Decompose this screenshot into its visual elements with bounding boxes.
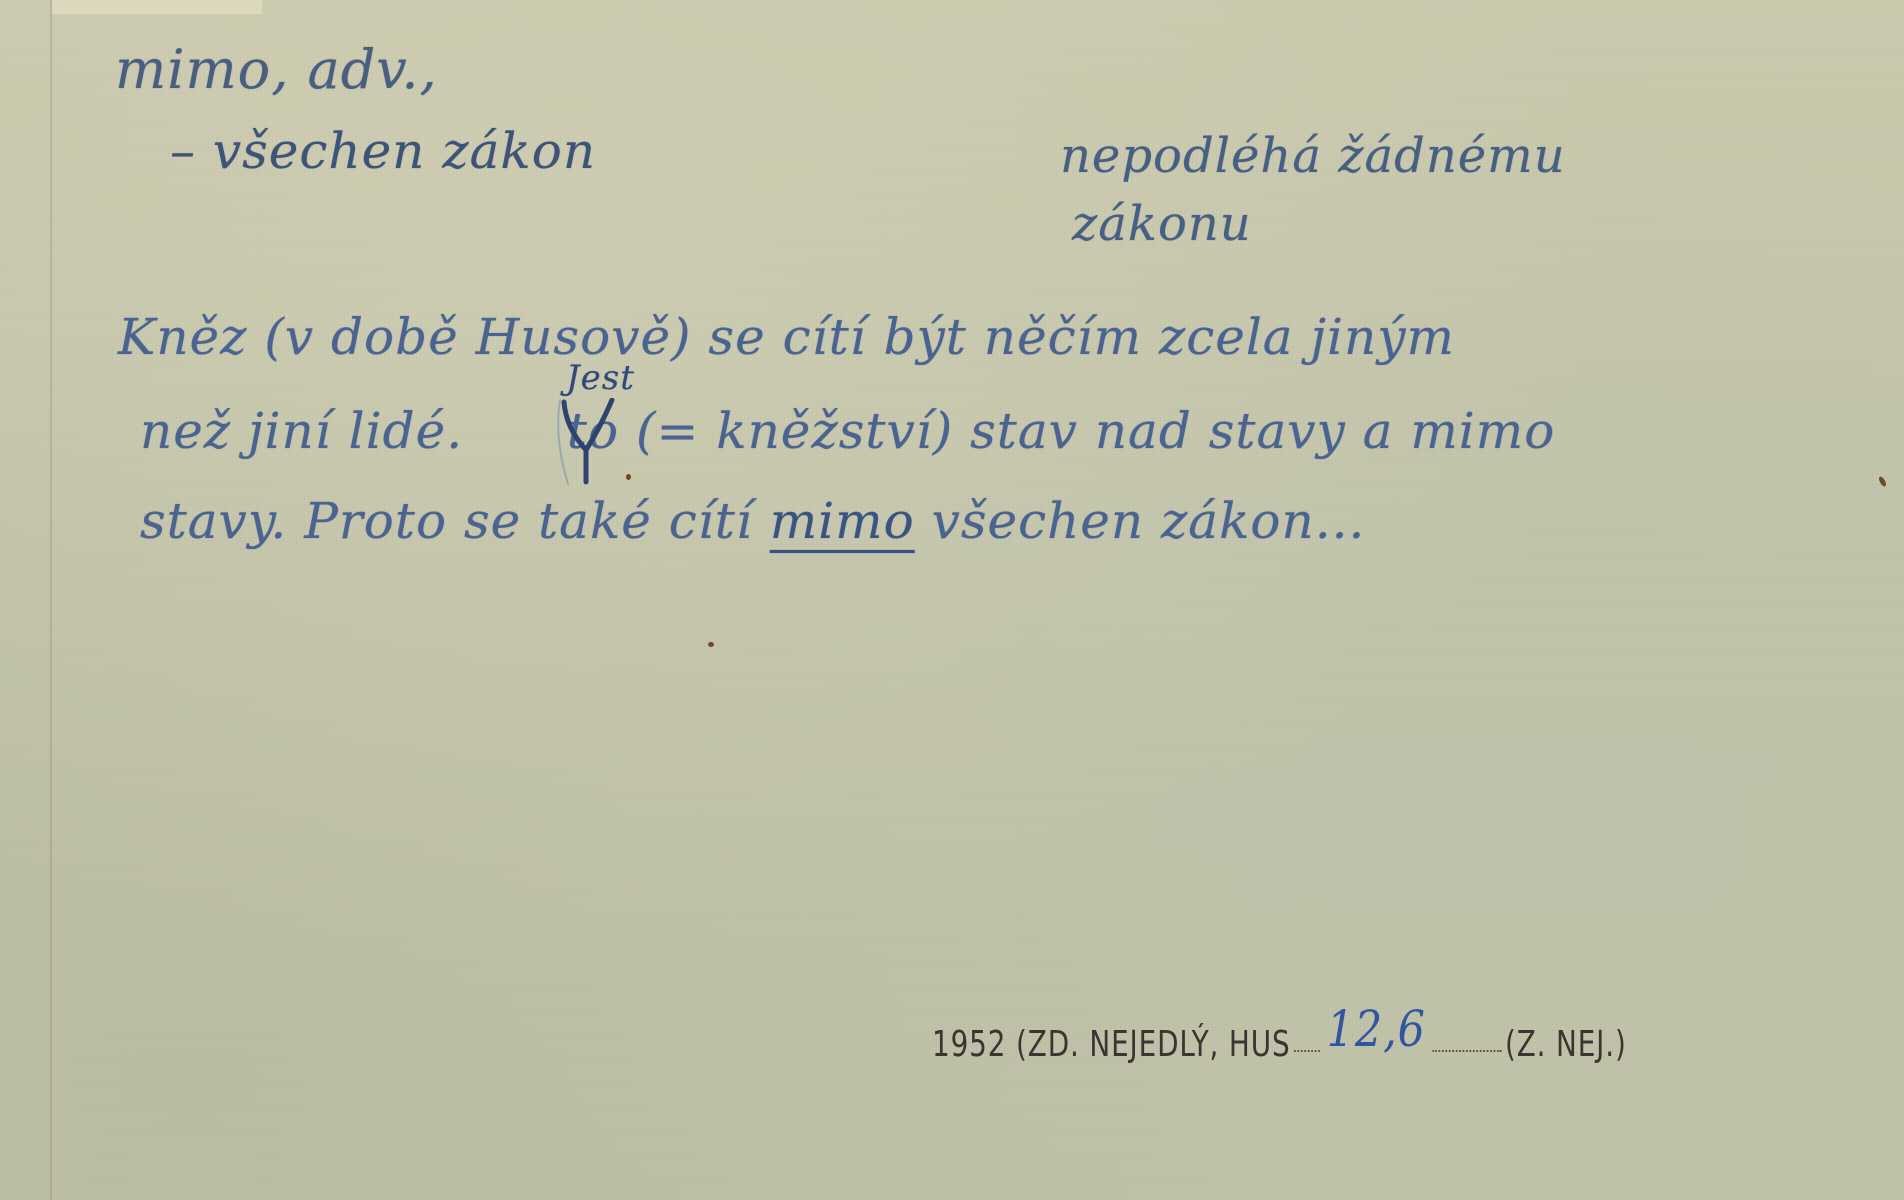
- source-author-title: (ZD. NEJEDLÝ, HUS: [1016, 1024, 1291, 1065]
- paper-speck: [708, 642, 714, 647]
- source-abbreviation: (Z. NEJ.): [1505, 1024, 1627, 1065]
- source-citation: 1952 (ZD. NEJEDLÝ, HUS 12,6 (Z. NEJ.): [932, 1010, 1627, 1068]
- insertion-caret-icon: [556, 398, 616, 488]
- gloss-line-1: nepodléhá žádnému: [1060, 128, 1566, 184]
- index-card: mimo, adv., – všechen zákon nepodléhá žá…: [0, 0, 1904, 1200]
- paper-speck: [1878, 475, 1888, 487]
- collocation-phrase: – všechen zákon: [170, 122, 596, 180]
- quote-line-3-before: stavy. Proto se také cítí: [140, 492, 753, 550]
- lemma-headword: mimo, adv.,: [115, 38, 438, 101]
- quote-line-3: stavy. Proto se také cítí mimo všechen z…: [140, 492, 1365, 550]
- card-top-strip: [52, 0, 262, 14]
- quote-line-2: než jiní lidé. to (= kněžství) stav nad …: [140, 402, 1555, 460]
- quote-line-2-after: to (= kněžství) stav nad stavy a mimo: [567, 402, 1555, 460]
- inserted-word: Jest: [566, 358, 635, 398]
- quote-line-3-after: všechen zákon...: [932, 492, 1366, 550]
- card-edge-line: [50, 0, 52, 1200]
- dotted-leader: [1294, 1050, 1320, 1052]
- quote-line-2-before: než jiní lidé.: [140, 402, 463, 460]
- dotted-leader: [1433, 1050, 1502, 1052]
- source-year: 1952: [932, 1024, 1006, 1065]
- gloss-line-2: zákonu: [1072, 196, 1252, 252]
- quote-line-1: Kněz (v době Husově) se cítí být něčím z…: [118, 308, 1455, 366]
- paper-speck: [626, 474, 631, 480]
- page-reference: 12,6: [1327, 1000, 1426, 1058]
- underlined-headword: mimo: [770, 492, 915, 550]
